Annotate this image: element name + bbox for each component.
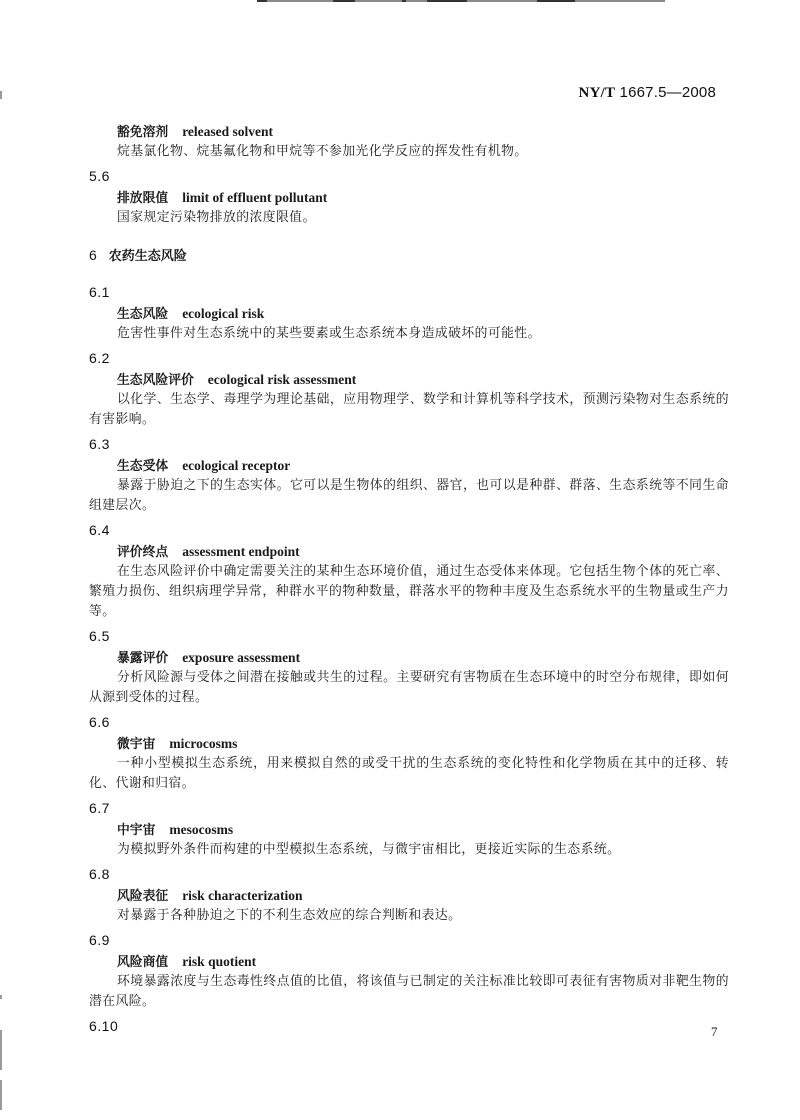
definition-6-2: 以化学、生态学、毒理学为理论基础，应用物理学、数学和计算机等科学技术，预测污染物…	[89, 390, 729, 430]
term-en: ecological receptor	[182, 458, 290, 473]
standard-prefix: NY/T	[579, 85, 616, 101]
chapter-number: 6	[89, 247, 97, 263]
clause-number-5-6: 5.6	[89, 163, 729, 187]
term-zh: 风险商值	[117, 955, 168, 970]
term-zh: 生态风险	[117, 307, 168, 322]
document-body: 豁免溶剂released solvent 烷基氯化物、烷基氟化物和甲烷等不参加光…	[89, 121, 729, 1037]
term-en: ecological risk	[182, 306, 264, 321]
definition-6-1: 危害性事件对生态系统中的某些要素或生态系统本身造成破坏的可能性。	[89, 324, 729, 344]
chapter-heading-6: 6农药生态风险	[89, 243, 729, 267]
scan-edge-segment	[402, 0, 406, 2]
term-en: risk quotient	[182, 954, 256, 969]
scan-left-edge-mark	[0, 91, 2, 99]
scan-edge-segment	[333, 0, 355, 2]
definition-6-8: 对暴露于各种胁迫之下的不利生态效应的综合判断和表达。	[89, 906, 729, 926]
scan-edge-segment	[257, 0, 267, 2]
clause-number-6-8: 6.8	[89, 861, 729, 885]
scan-top-edge	[257, 0, 665, 2]
term-5-5: 豁免溶剂released solvent	[89, 121, 729, 142]
clause-number-6-2: 6.2	[89, 345, 729, 369]
clause-number-6-5: 6.5	[89, 623, 729, 647]
term-zh: 评价终点	[117, 545, 168, 560]
term-zh: 风险表征	[117, 889, 168, 904]
term-en: exposure assessment	[182, 650, 300, 665]
term-en: mesocosms	[169, 822, 233, 837]
term-zh: 中宇宙	[117, 823, 155, 838]
term-en: limit of effluent pollutant	[182, 190, 327, 205]
standard-number: 1667.5—2008	[620, 84, 716, 101]
term-en: released solvent	[182, 124, 273, 139]
clause-number-6-1: 6.1	[89, 279, 729, 303]
term-en: ecological risk assessment	[208, 372, 356, 387]
term-6-6: 微宇宙microcosms	[89, 733, 729, 754]
term-zh: 暴露评价	[117, 651, 168, 666]
definition-5-6: 国家规定污染物排放的浓度限值。	[89, 208, 729, 228]
term-6-8: 风险表征risk characterization	[89, 885, 729, 906]
term-5-6: 排放限值limit of effluent pollutant	[89, 187, 729, 208]
clause-number-6-6: 6.6	[89, 709, 729, 733]
term-zh: 生态风险评价	[117, 373, 194, 388]
scan-edge-segment	[537, 0, 575, 2]
clause-number-6-4: 6.4	[89, 517, 729, 541]
scan-left-edge-mark	[0, 1080, 2, 1110]
term-6-7: 中宇宙mesocosms	[89, 819, 729, 840]
term-6-4: 评价终点assessment endpoint	[89, 541, 729, 562]
term-6-5: 暴露评价exposure assessment	[89, 647, 729, 668]
definition-6-6: 一种小型模拟生态系统，用来模拟自然的或受干扰的生态系统的变化特性和化学物质在其中…	[89, 754, 729, 794]
chapter-title: 农药生态风险	[109, 249, 187, 264]
clause-number-6-3: 6.3	[89, 431, 729, 455]
scan-left-edge-mark	[0, 1030, 2, 1070]
term-6-9: 风险商值risk quotient	[89, 951, 729, 972]
term-6-2: 生态风险评价ecological risk assessment	[89, 369, 729, 390]
standard-code-header: NY/T 1667.5—2008	[579, 84, 716, 102]
definition-6-7: 为模拟野外条件而构建的中型模拟生态系统，与微宇宙相比，更接近实际的生态系统。	[89, 840, 729, 860]
clause-number-6-10: 6.10	[89, 1013, 729, 1037]
definition-6-3: 暴露于胁迫之下的生态实体。它可以是生物体的组织、器官，也可以是种群、群落、生态系…	[89, 476, 729, 516]
definition-6-9: 环境暴露浓度与生态毒性终点值的比值，将该值与已制定的关注标准比较即可表征有害物质…	[89, 972, 729, 1012]
definition-6-4: 在生态风险评价中确定需要关注的某种生态环境价值，通过生态受体来体现。它包括生物个…	[89, 562, 729, 622]
definition-6-5: 分析风险源与受体之间潜在接触或共生的过程。主要研究有害物质在生态环境中的时空分布…	[89, 668, 729, 708]
term-en: assessment endpoint	[182, 544, 299, 559]
scan-edge-segment	[427, 0, 467, 2]
term-en: microcosms	[169, 736, 237, 751]
term-6-1: 生态风险ecological risk	[89, 303, 729, 324]
scan-left-edge-mark	[0, 995, 2, 999]
term-6-3: 生态受体ecological receptor	[89, 455, 729, 476]
term-zh: 生态受体	[117, 459, 168, 474]
term-en: risk characterization	[182, 888, 302, 903]
clause-number-6-7: 6.7	[89, 795, 729, 819]
definition-5-5: 烷基氯化物、烷基氟化物和甲烷等不参加光化学反应的挥发性有机物。	[89, 142, 729, 162]
page-number: 7	[711, 1024, 718, 1040]
term-zh: 微宇宙	[117, 737, 155, 752]
term-zh: 豁免溶剂	[117, 125, 168, 140]
term-zh: 排放限值	[117, 191, 168, 206]
clause-number-6-9: 6.9	[89, 927, 729, 951]
